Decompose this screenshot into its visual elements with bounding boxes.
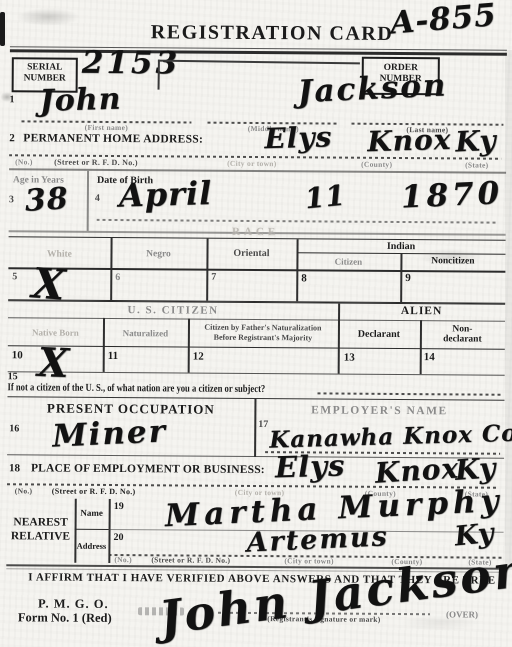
field-number-11: 11 [108, 350, 118, 362]
field-number-17: 17 [258, 419, 268, 430]
race-indian-label: Indian [297, 240, 506, 252]
home-address-county: Knox [367, 123, 452, 158]
race-indian-citizen-label: Citizen [296, 256, 400, 267]
field-number-16: 16 [9, 423, 19, 434]
employment-label-street: (Street or R. F. D. No.) [52, 487, 136, 497]
field-number-19: 19 [114, 501, 124, 512]
home-address-row: 2 PERMANENT HOME ADDRESS: Elys Knox Ky (… [9, 128, 506, 171]
field-number-13: 13 [344, 352, 355, 364]
divider [103, 318, 105, 372]
race-table: White Negro Oriental Indian Citizen Nonc… [8, 236, 505, 303]
last-name-value: Jackson [297, 67, 448, 110]
race-oriental-label: Oriental [206, 248, 296, 260]
divider [8, 317, 505, 322]
registration-card-scan: REGISTRATION CARD A-855 SERIAL NUMBER 21… [0, 0, 512, 647]
non-declarant-label-line1: Non- [420, 324, 505, 335]
relative-name-label: Name [75, 508, 109, 518]
address-label-city: (City or town) [227, 159, 277, 168]
dob-month: April [118, 174, 212, 215]
dob-year: 1870 [400, 175, 504, 216]
race-white-label: White [8, 249, 110, 260]
race-header: RACE [201, 226, 311, 239]
address-label-county: (County) [361, 160, 392, 169]
field-number-20: 20 [113, 532, 123, 543]
employers-name-header: EMPLOYER'S NAME [254, 404, 504, 418]
address-label-no: (No.) [15, 157, 33, 166]
nearest-relative-header: NEAREST RELATIVE [8, 516, 72, 544]
alien-header: ALIEN [338, 305, 505, 318]
employer-value: Kanawha Knox Coal Co [269, 418, 512, 454]
field-number-9: 9 [405, 272, 411, 284]
relative-label-street: (Street or R. F. D. No.) [151, 555, 230, 565]
field-number-6: 6 [115, 272, 120, 283]
field-number-12: 12 [193, 351, 204, 363]
home-address-state: Ky [455, 124, 498, 159]
over-text: (OVER) [446, 609, 478, 619]
field-number-10: 10 [12, 349, 23, 361]
field-number-5: 5 [12, 271, 17, 282]
divider [87, 171, 89, 231]
race-negro-label: Negro [110, 249, 206, 260]
home-address-label: PERMANENT HOME ADDRESS: [23, 132, 203, 145]
dotted-line [97, 219, 497, 223]
page-title: REGISTRATION CARD [150, 21, 394, 46]
field-number-14: 14 [424, 351, 435, 363]
native-born-label: Native Born [8, 327, 103, 338]
relative-label-city: (City or town) [284, 556, 334, 565]
home-address-city: Elys [264, 120, 333, 155]
dob-day: 11 [303, 179, 347, 216]
employment-place-county: Knox [374, 452, 460, 490]
age-value: 38 [24, 181, 70, 219]
employment-place-city: Elys [275, 448, 346, 484]
field-number-3: 3 [9, 194, 14, 205]
relative-label-no: (No.) [114, 555, 132, 564]
us-citizen-header: U. S. CITIZEN [8, 303, 338, 317]
employment-label-no: (No.) [15, 486, 33, 495]
divider [75, 529, 109, 531]
address-label-state: (State) [465, 160, 488, 169]
field-number-4: 4 [95, 193, 100, 204]
relative-address-city: Artemus [246, 521, 389, 558]
occupation-value: Miner [51, 413, 167, 454]
divider [8, 267, 505, 272]
form-number-text: Form No. 1 (Red) [18, 610, 112, 626]
field-number-8: 8 [301, 272, 307, 284]
first-name-value: John [39, 82, 122, 119]
father-naturalization-label-line1: Citizen by Father's Naturalization [188, 323, 338, 333]
dotted-line [318, 392, 503, 395]
occupation-section: PRESENT OCCUPATION EMPLOYER'S NAME 16 Mi… [7, 396, 504, 458]
address-label-street: (Street or R. F. D. No.) [54, 158, 138, 168]
father-naturalization-label-line2: Before Registrant's Majority [188, 333, 338, 343]
divider [8, 345, 505, 350]
relative-address-label: Address [74, 541, 108, 551]
card-number-handwritten: A-855 [389, 0, 498, 42]
serial-number-label: SERIAL NUMBER [14, 59, 76, 84]
field-number-2: 2 [9, 132, 15, 144]
employment-place-label: PLACE OF EMPLOYMENT OR BUSINESS: [31, 462, 265, 476]
field-number-15: 15 [8, 371, 18, 382]
race-indian-noncitizen-label: Noncitizen [400, 256, 505, 267]
field-number-1: 1 [10, 94, 15, 105]
declarant-label: Declarant [338, 329, 420, 341]
field-number-18: 18 [9, 462, 20, 474]
naturalized-label: Naturalized [103, 328, 188, 339]
nation-question-text: If not a citizen of the U. S., of what n… [8, 382, 266, 395]
non-declarant-label-line2: declarant [420, 334, 505, 345]
employment-place-state: Ky [454, 451, 497, 487]
citizenship-table: U. S. CITIZEN ALIEN Native Born Naturali… [8, 300, 505, 375]
field-number-7: 7 [211, 272, 216, 283]
